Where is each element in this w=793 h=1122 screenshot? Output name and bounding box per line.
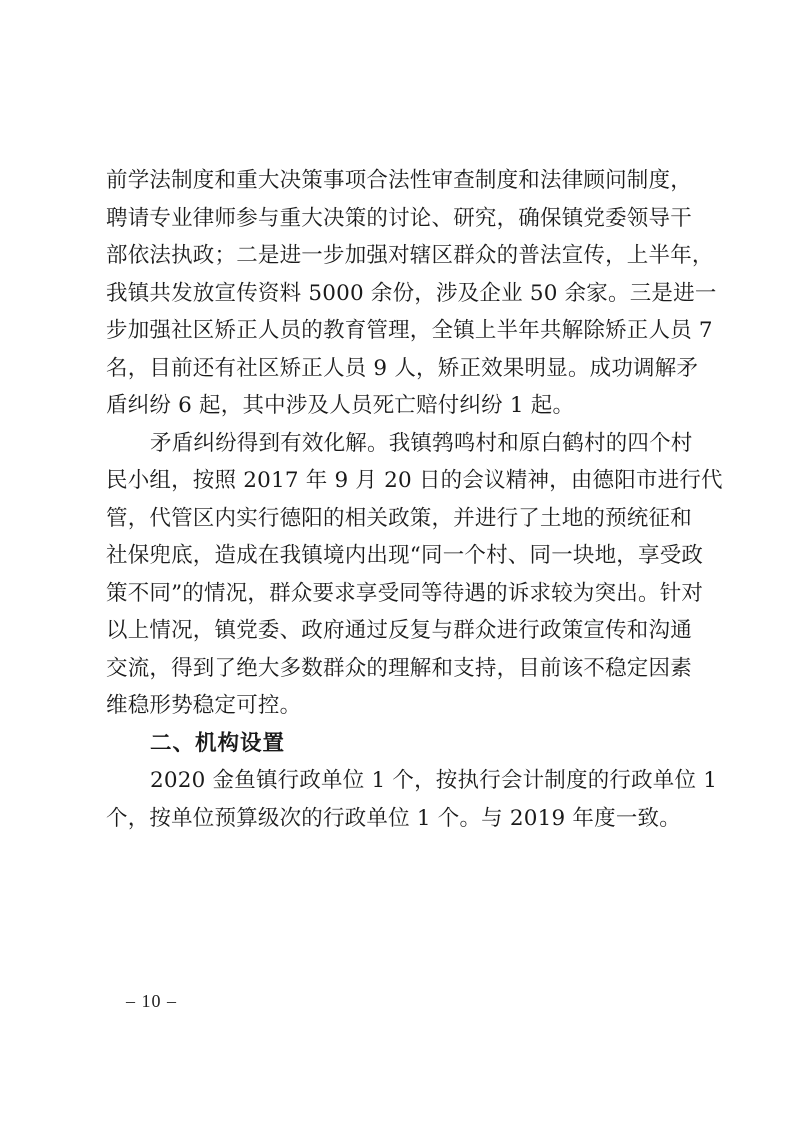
text-line: 民小组，按照 2017 年 9 月 20 日的会议精神，由德阳市进行代 — [106, 462, 690, 500]
text-line: 我镇共发放宣传资料 5000 余份，涉及企业 50 余家。三是进一 — [106, 275, 690, 313]
text-line: 社保兜底，造成在我镇境内出现“同一个村、同一块地，享受政 — [106, 537, 690, 575]
text-line: 前学法制度和重大决策事项合法性审查制度和法律顾问制度， — [106, 162, 690, 200]
text-line: 策不同”的情况，群众要求享受同等待遇的诉求较为突出。针对 — [106, 575, 690, 613]
text-line: 维稳形势稳定可控。 — [106, 687, 690, 725]
text-line: 管，代管区内实行德阳的相关政策，并进行了土地的预统征和 — [106, 500, 690, 538]
text-line: 2020 金鱼镇行政单位 1 个，按执行会计制度的行政单位 1 — [106, 762, 690, 800]
document-body: 前学法制度和重大决策事项合法性审查制度和法律顾问制度， 聘请专业律师参与重大决策… — [106, 162, 690, 837]
text-line: 盾纠纷 6 起，其中涉及人员死亡赔付纠纷 1 起。 — [106, 387, 690, 425]
page-number: – 10 – — [126, 991, 177, 1012]
section-heading: 二、机构设置 — [106, 725, 690, 763]
text-line: 聘请专业律师参与重大决策的讨论、研究，确保镇党委领导干 — [106, 200, 690, 238]
document-page: 前学法制度和重大决策事项合法性审查制度和法律顾问制度， 聘请专业律师参与重大决策… — [0, 0, 793, 1122]
text-line: 以上情况，镇党委、政府通过反复与群众进行政策宣传和沟通 — [106, 612, 690, 650]
text-line: 个，按单位预算级次的行政单位 1 个。与 2019 年度一致。 — [106, 800, 690, 838]
text-line: 交流，得到了绝大多数群众的理解和支持，目前该不稳定因素 — [106, 650, 690, 688]
text-line: 部依法执政；二是进一步加强对辖区群众的普法宣传，上半年， — [106, 237, 690, 275]
text-line: 矛盾纠纷得到有效化解。我镇鹁鸣村和原白鹤村的四个村 — [106, 425, 690, 463]
text-line: 步加强社区矫正人员的教育管理，全镇上半年共解除矫正人员 7 — [106, 312, 690, 350]
paragraph-continued: 前学法制度和重大决策事项合法性审查制度和法律顾问制度， 聘请专业律师参与重大决策… — [106, 162, 690, 425]
paragraph-organization: 2020 金鱼镇行政单位 1 个，按执行会计制度的行政单位 1 个，按单位预算级… — [106, 762, 690, 837]
text-line: 名，目前还有社区矫正人员 9 人，矫正效果明显。成功调解矛 — [106, 350, 690, 388]
paragraph-dispute-resolution: 矛盾纠纷得到有效化解。我镇鹁鸣村和原白鹤村的四个村 民小组，按照 2017 年 … — [106, 425, 690, 725]
